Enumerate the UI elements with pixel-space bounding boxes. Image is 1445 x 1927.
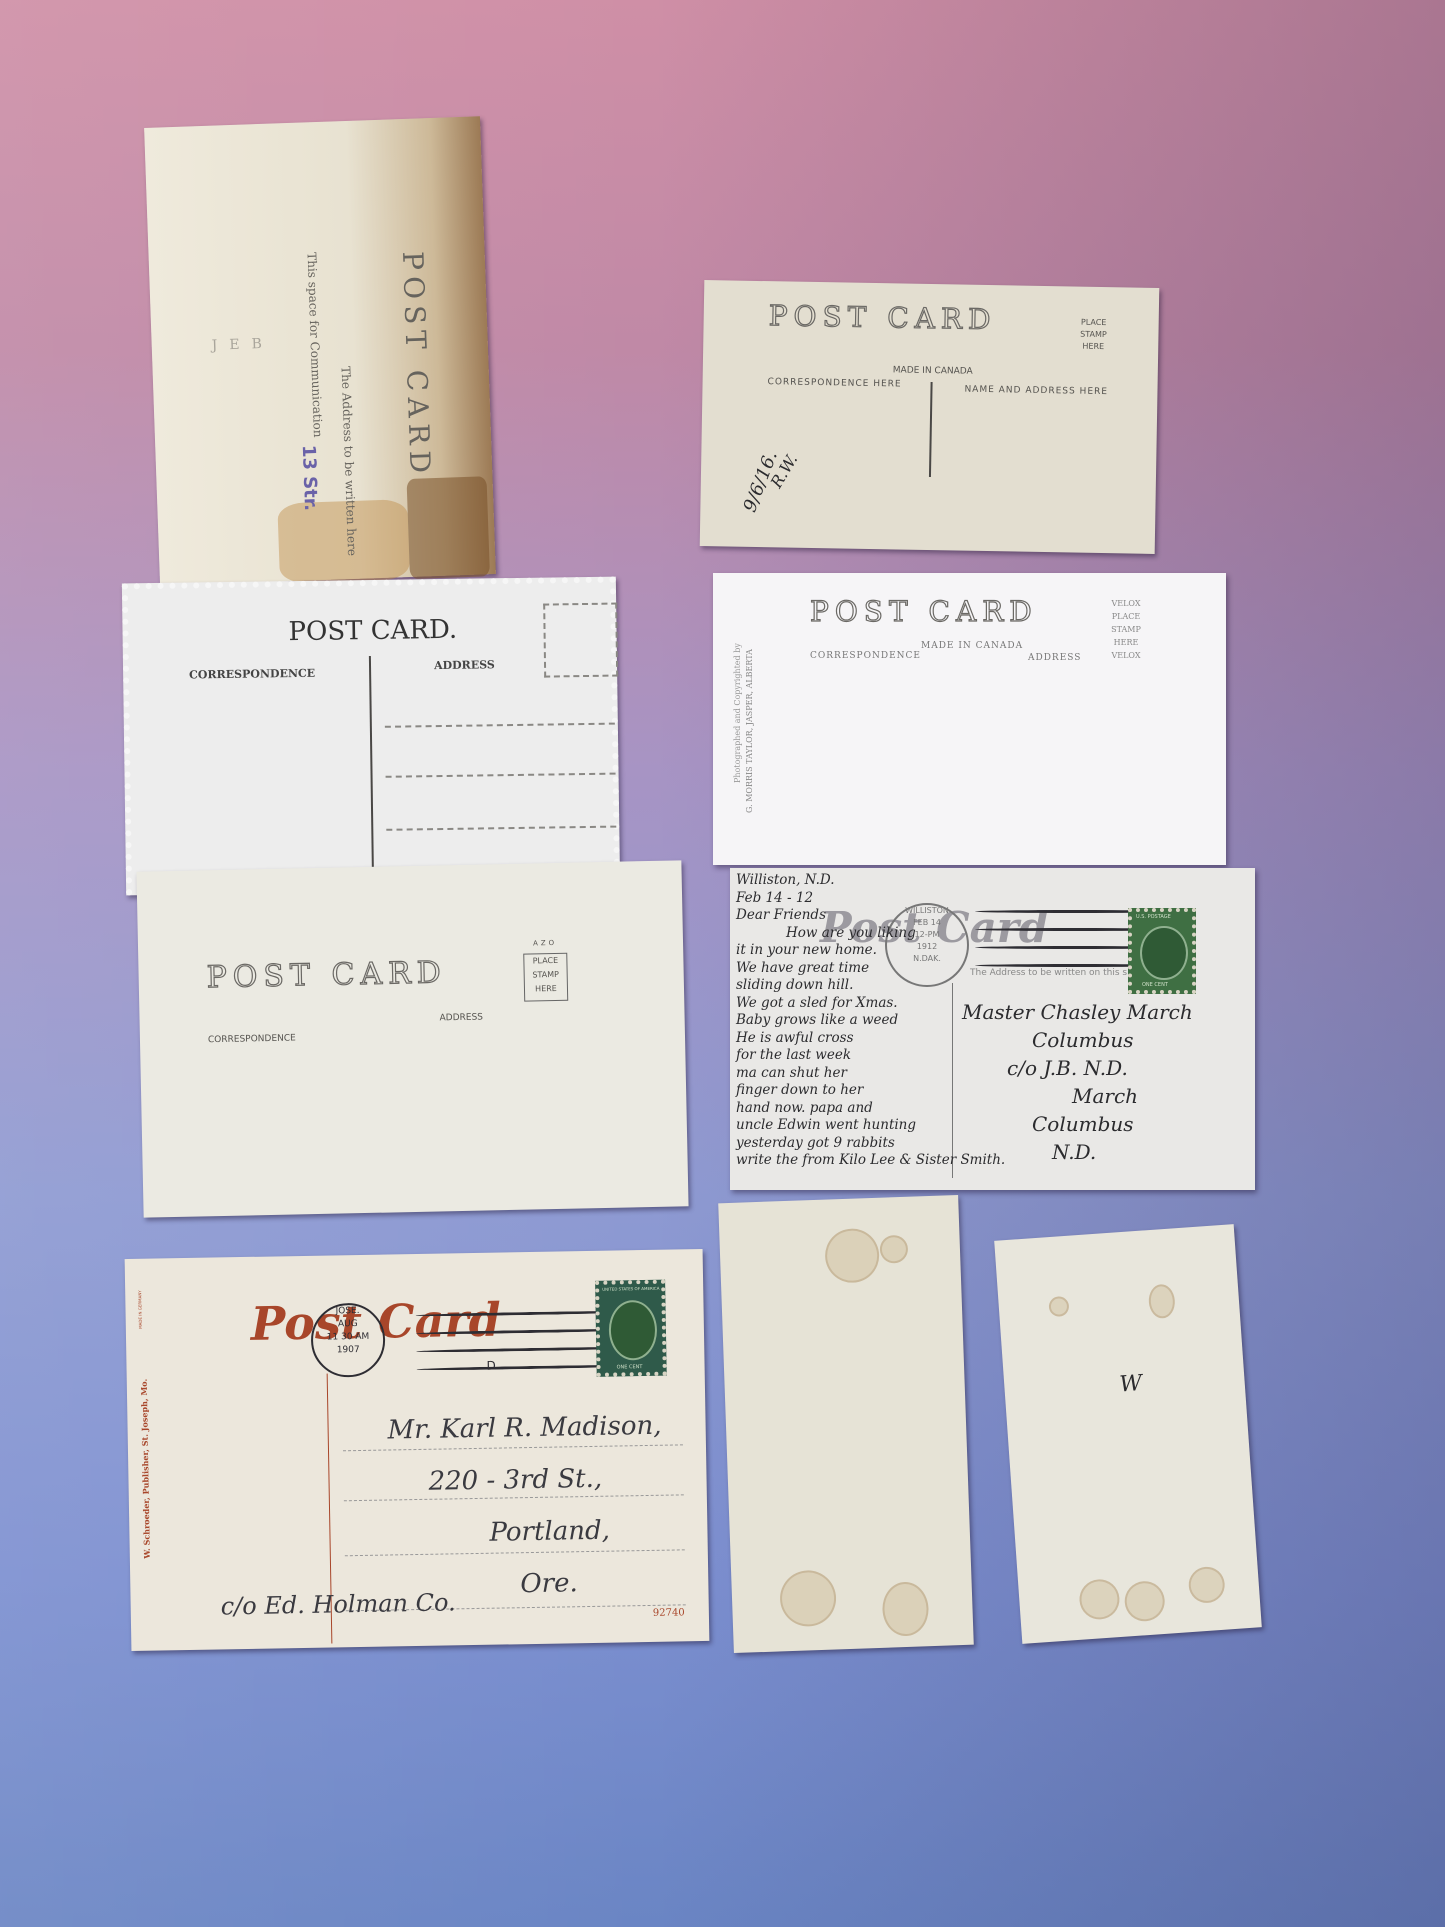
- address-label: ADDRESS: [434, 658, 495, 672]
- stamp-box: PLACE STAMP HERE: [523, 953, 568, 1002]
- stamp-box: VELOX PLACE STAMP HERE VELOX: [1091, 597, 1161, 662]
- stamp-box: [543, 603, 618, 678]
- postcard-3: POST CARD. CORRESPONDENCE ADDRESS: [122, 577, 620, 896]
- made-in-label: MADE IN CANADA: [893, 365, 973, 376]
- stain: [882, 1581, 930, 1637]
- postcard-5: POST CARD CORRESPONDENCE ADDRESS PLACE S…: [136, 860, 688, 1217]
- address-instruction: The Address to be written on this side: [970, 968, 1141, 978]
- postmark: JOSE. AUG 11 30 AM 1907: [310, 1303, 385, 1378]
- stain: [879, 1235, 908, 1264]
- correspondence-label: CORRESPONDENCE: [189, 667, 315, 682]
- card-title: POST CARD: [810, 595, 1038, 628]
- handwritten-address: Mr. Karl R. Madison, 220 - 3rd St., Port…: [387, 1400, 664, 1613]
- stain: [1148, 1283, 1176, 1319]
- postage-stamp: UNITED STATES OF AMERICA ONE CENT: [595, 1280, 667, 1377]
- communication-label: This space for Communication: [305, 252, 325, 438]
- stain: [1078, 1578, 1121, 1621]
- stamp-mark: 13 Str.: [298, 445, 321, 512]
- card-title: POST CARD: [768, 299, 996, 336]
- card-title: POST CARD.: [288, 615, 457, 647]
- address-line: [385, 723, 615, 728]
- correspondence-label: CORRESPONDENCE: [208, 1033, 296, 1045]
- stain: [824, 1228, 880, 1284]
- address-label: ADDRESS: [439, 1013, 483, 1024]
- postage-stamp: U.S. POSTAGE ONE CENT: [1128, 908, 1196, 994]
- divider-line: [369, 656, 374, 891]
- card-title: POST CARD: [396, 251, 437, 480]
- postcard-8: [718, 1195, 974, 1653]
- stamp-border-text: AZO: [533, 939, 557, 948]
- divider-line: [929, 382, 933, 477]
- address-label: NAME AND ADDRESS HERE: [964, 385, 1108, 398]
- handwritten-address: Master Chasley March Columbus c/o J.B. N…: [962, 998, 1193, 1166]
- handwritten-message: Williston, N.D. Feb 14 - 12 Dear Friends…: [736, 872, 966, 1170]
- card-number: 92740: [653, 1607, 685, 1619]
- publisher-credit: W. Schroeder, Publisher, St. Joseph, Mo.: [139, 1379, 152, 1559]
- postcard-6: Post Card WILLISTON FEB 14 12-PM 1912 N.…: [730, 868, 1255, 1190]
- postcard-9: W: [994, 1224, 1262, 1644]
- portrait-icon: [608, 1300, 658, 1361]
- correspondence-label: CORRESPONDENCE: [810, 651, 921, 661]
- made-in-label: MADE IN CANADA: [921, 641, 1023, 651]
- stain: [779, 1569, 837, 1627]
- handwritten-mark: W: [1119, 1371, 1143, 1398]
- stain: [407, 476, 490, 579]
- photographer-name: G. MORRIS TAYLOR, JASPER, ALBERTA: [745, 649, 754, 813]
- address-line: [386, 773, 616, 778]
- postmark-letter: D: [486, 1359, 495, 1373]
- postcard-2: POST CARD MADE IN CANADA CORRESPONDENCE …: [700, 280, 1160, 554]
- correspondence-label: CORRESPONDENCE HERE: [767, 377, 901, 389]
- address-line: [386, 826, 616, 831]
- stamp-box: PLACE STAMP HERE: [1068, 316, 1119, 353]
- made-in-label: MADE IN GERMANY: [137, 1290, 143, 1329]
- card-title: POST CARD: [206, 955, 447, 995]
- care-of: c/o Ed. Holman Co.: [220, 1588, 455, 1620]
- postcard-4: POST CARD MADE IN CANADA CORRESPONDENCE …: [713, 573, 1226, 865]
- postcard-7: Post Card JOSE. AUG 11 30 AM 1907 D UNIT…: [125, 1249, 710, 1651]
- address-label: ADDRESS: [1028, 653, 1081, 663]
- photographer-credit: Photographed and Copyrighted by: [733, 643, 742, 783]
- stain: [1188, 1566, 1226, 1604]
- stain: [1048, 1296, 1069, 1317]
- postcard-1: POST CARD This space for Communication T…: [144, 116, 496, 585]
- portrait-icon: [1140, 926, 1187, 980]
- stain: [1123, 1580, 1166, 1623]
- monogram: JEB: [211, 336, 274, 354]
